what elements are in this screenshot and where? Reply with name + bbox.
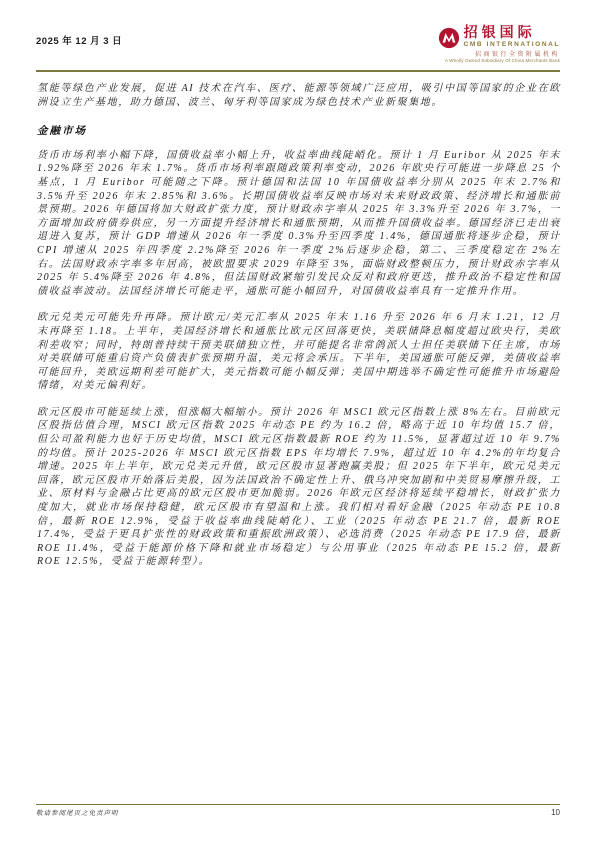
report-page: 2025 年 12 月 3 日 招银国际 CMB INTERNATIONAL 招… xyxy=(0,0,595,841)
disclaimer-note: 敬请参阅尾页之免责声明 xyxy=(36,808,119,817)
footer-divider xyxy=(36,804,560,805)
cmb-logo-icon xyxy=(438,27,460,49)
brand-subtitle-en: A Wholly Owned Subsidiary Of China Merch… xyxy=(445,59,560,65)
brand-name-en: CMB INTERNATIONAL xyxy=(464,41,560,49)
brand-name-cn: 招银国际 xyxy=(464,26,536,41)
intro-paragraph: 氢能等绿色产业发展，促进 AI 技术在汽车、医疗、能源等领域广泛应用，吸引中国等… xyxy=(37,82,561,109)
report-date: 2025 年 12 月 3 日 xyxy=(36,26,122,47)
paragraph-money-market: 货币市场利率小幅下降，国债收益率小幅上升，收益率曲线陡峭化。预计 1 月 Eur… xyxy=(37,149,561,299)
section-title-financial-markets: 金融市场 xyxy=(37,125,561,139)
cmbi-logo: 招银国际 CMB INTERNATIONAL 招商银行全资附属机构 A Whol… xyxy=(435,26,560,65)
brand-subtitle-cn: 招商银行全资附属机构 xyxy=(475,52,560,59)
report-body: 氢能等绿色产业发展，促进 AI 技术在汽车、医疗、能源等领域广泛应用，吸引中国等… xyxy=(37,82,561,582)
page-footer: 敬请参阅尾页之免责声明 10 xyxy=(36,804,560,817)
page-header: 2025 年 12 月 3 日 招银国际 CMB INTERNATIONAL 招… xyxy=(36,26,560,72)
paragraph-eurusd: 欧元兑美元可能先升再降。预计欧元/美元汇率从 2025 年末 1.16 升至 2… xyxy=(37,311,561,393)
header-divider xyxy=(36,70,560,72)
page-number: 10 xyxy=(551,808,560,817)
paragraph-eurozone-equities: 欧元区股市可能延续上涨，但涨幅大幅缩小。预计 2026 年 MSCI 欧元区指数… xyxy=(37,406,561,569)
